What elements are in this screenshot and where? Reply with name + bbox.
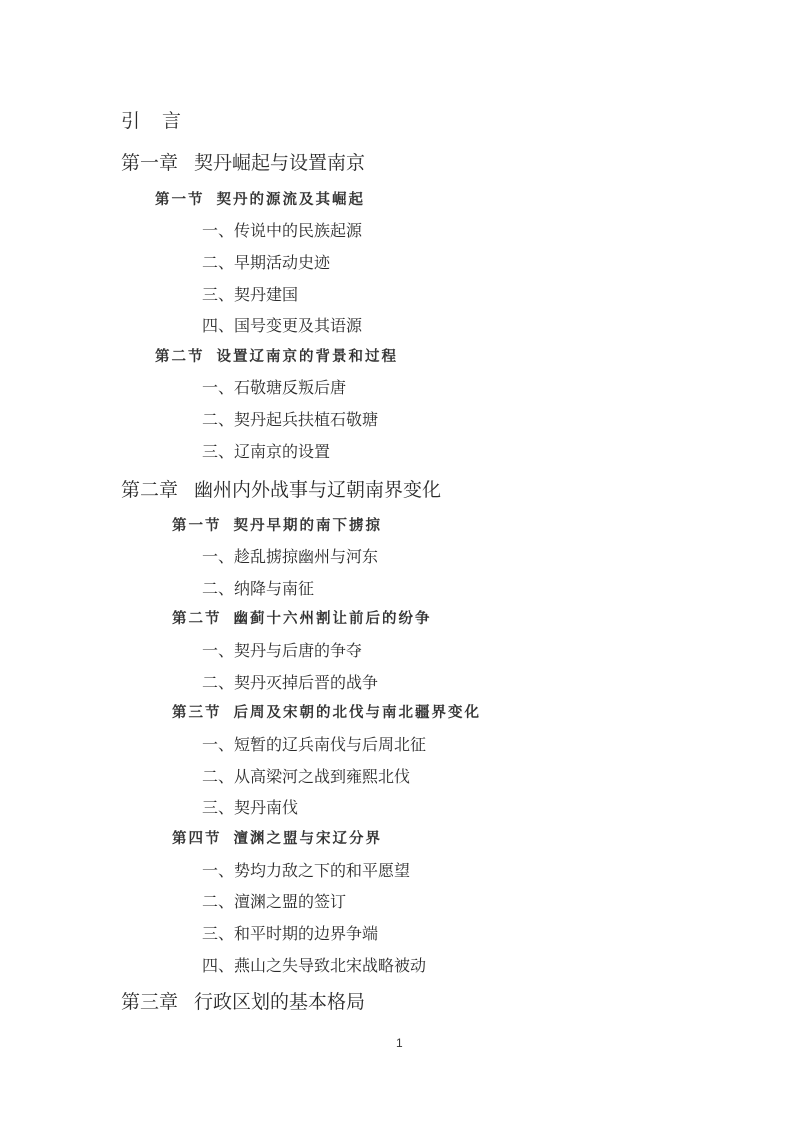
toc-item[interactable]: 四、国号变更及其语源 (202, 313, 362, 336)
toc-item[interactable]: 二、早期活动史迹 (202, 250, 330, 273)
section-number: 第一节 (155, 188, 205, 209)
toc-item[interactable]: 二、契丹起兵扶植石敬瑭 (202, 407, 378, 430)
toc-item[interactable]: 二、从高梁河之战到雍熙北伐 (202, 764, 410, 787)
section-title: 契丹的源流及其崛起 (217, 191, 366, 208)
page-number: 1 (396, 1036, 403, 1050)
toc-item[interactable]: 一、石敬瑭反叛后唐 (202, 375, 346, 398)
toc-section-1-2[interactable]: 第二节设置辽南京的背景和过程 (155, 345, 398, 366)
toc-chapter-2[interactable]: 第二章幽州内外战事与辽朝南界变化 (121, 475, 441, 502)
chapter-title: 契丹崛起与设置南京 (194, 152, 365, 174)
section-title: 设置辽南京的背景和过程 (217, 348, 399, 365)
toc-item[interactable]: 三、辽南京的设置 (202, 439, 330, 462)
section-number: 第三节 (172, 701, 222, 722)
toc-section-2-4[interactable]: 第四节澶渊之盟与宋辽分界 (172, 827, 382, 848)
toc-item[interactable]: 一、传说中的民族起源 (202, 218, 362, 241)
section-number: 第四节 (172, 827, 222, 848)
toc-section-2-3[interactable]: 第三节后周及宋朝的北伐与南北疆界变化 (172, 701, 481, 722)
section-number: 第二节 (172, 607, 222, 628)
section-number: 第一节 (172, 514, 222, 535)
toc-item[interactable]: 一、势均力敌之下的和平愿望 (202, 858, 410, 881)
toc-chapter-1[interactable]: 第一章契丹崛起与设置南京 (121, 148, 365, 175)
section-number: 第二节 (155, 345, 205, 366)
toc-section-2-2[interactable]: 第二节幽蓟十六州割让前后的纷争 (172, 607, 432, 628)
toc-chapter-3[interactable]: 第三章行政区划的基本格局 (121, 987, 365, 1014)
section-title: 幽蓟十六州割让前后的纷争 (234, 610, 432, 627)
chapter-title: 幽州内外战事与辽朝南界变化 (194, 479, 441, 501)
toc-item[interactable]: 三、契丹南伐 (202, 795, 298, 818)
toc-item[interactable]: 二、澶渊之盟的签订 (202, 889, 346, 912)
chapter-number: 第一章 (121, 148, 178, 175)
toc-section-2-1[interactable]: 第一节契丹早期的南下掳掠 (172, 514, 382, 535)
toc-item[interactable]: 一、短暂的辽兵南伐与后周北征 (202, 732, 426, 755)
toc-item[interactable]: 三、契丹建国 (202, 282, 298, 305)
toc-item[interactable]: 一、契丹与后唐的争夺 (202, 638, 362, 661)
chapter-number: 第二章 (121, 475, 178, 502)
intro-char-2: 言 (162, 110, 181, 132)
toc-item[interactable]: 四、燕山之失导致北宋战略被动 (202, 953, 426, 976)
chapter-title: 行政区划的基本格局 (194, 991, 365, 1013)
section-title: 澶渊之盟与宋辽分界 (234, 830, 383, 847)
intro-char-1: 引 (121, 110, 140, 132)
document-page: 引言 第一章契丹崛起与设置南京 第一节契丹的源流及其崛起 一、传说中的民族起源 … (0, 0, 800, 1132)
toc-intro[interactable]: 引言 (121, 106, 181, 133)
chapter-number: 第三章 (121, 987, 178, 1014)
section-title: 契丹早期的南下掳掠 (234, 517, 383, 534)
toc-item[interactable]: 二、纳降与南征 (202, 576, 314, 599)
toc-item[interactable]: 一、趁乱掳掠幽州与河东 (202, 544, 378, 567)
toc-item[interactable]: 二、契丹灭掉后晋的战争 (202, 670, 378, 693)
section-title: 后周及宋朝的北伐与南北疆界变化 (234, 704, 482, 721)
toc-item[interactable]: 三、和平时期的边界争端 (202, 921, 378, 944)
toc-section-1-1[interactable]: 第一节契丹的源流及其崛起 (155, 188, 365, 209)
